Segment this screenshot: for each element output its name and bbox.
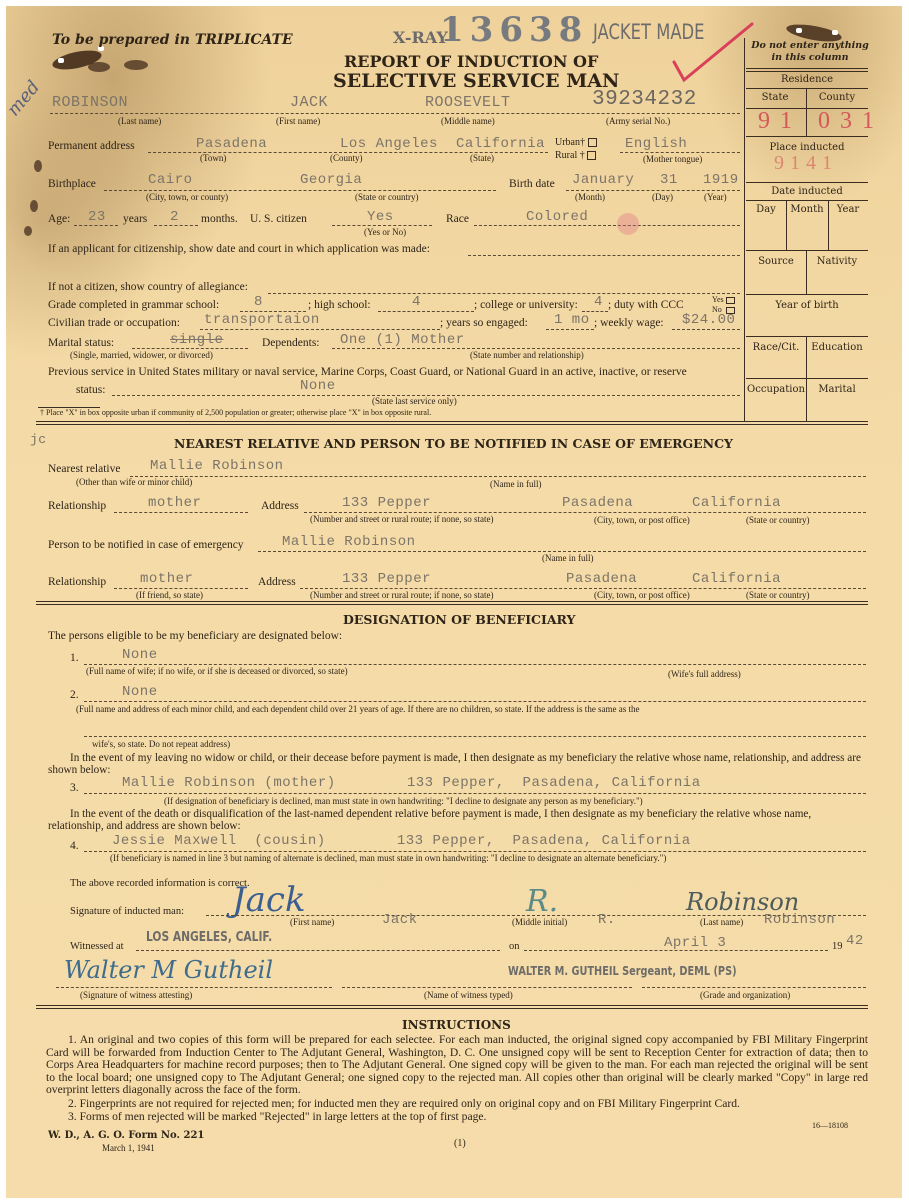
previous-service-label: Previous service in United States milita… [48,366,687,378]
street2-sublabel: (Number and street or rural route; if no… [310,590,493,600]
race-line [474,225,740,226]
relative-city-value: Pasadena [562,495,633,511]
weekly-wage-label: ; weekly wage: [594,317,664,329]
residence-header: Residence [746,74,868,85]
birth-day-label: (Day) [652,192,673,202]
grammar-school-label: Grade completed in grammar school: [48,299,219,311]
birth-day-value: 31 [660,172,678,188]
line2-rule [84,701,866,702]
wife-value: None [122,647,158,663]
residence-county-header: County [806,92,868,103]
burn-mark [124,60,148,70]
citizen-line [332,225,432,226]
punch-hole [796,28,802,33]
grade-sublabel: (Grade and organization) [700,990,790,1000]
typed-middle-initial: R. [598,912,616,928]
middle-name-value: ROOSEVELT [425,94,511,111]
emergency-name-sublabel: (Name in full) [542,553,593,563]
birth-city-value: Cairo [148,172,193,188]
form-number: W. D., A. G. O. Form No. 221 [48,1130,204,1141]
beneficiary-value: Mallie Robinson (mother) 133 Pepper, Pas… [122,775,701,791]
year-of-birth-header: Year of birth [746,300,868,311]
line3-rule [84,793,866,794]
clerk-initials: jc [30,432,47,447]
birth-month-value: January [572,172,634,188]
weekly-wage-line [672,329,740,330]
serial-stamp: 13638 [440,10,588,50]
relative-address2-line [300,588,866,589]
burn-mark [24,226,32,236]
relative-state-value: California [692,495,781,511]
relationship-line [114,512,248,513]
birth-state-label: (State or country) [355,192,418,202]
residence-codes: 91 031 [758,108,884,135]
signature-first-name: Jack [232,880,306,920]
side-rule [746,88,868,89]
line4-number: 4. [70,840,79,852]
beneficiary-intro: The persons eligible to be my beneficiar… [48,630,342,642]
service-status-label: status: [76,384,105,396]
burn-mark [88,62,110,72]
ccc-yes-option[interactable]: Yes [712,295,735,304]
nearest-relative-value: Mallie Robinson [150,458,284,474]
relative-address-line [304,512,866,513]
side-rule [828,200,829,250]
side-rule [746,182,868,183]
side-rule [746,136,868,137]
signature-label: Signature of inducted man: [70,906,184,917]
county-label: (County) [330,153,363,163]
line2-sublabel: (Full name and address of each minor chi… [76,704,640,714]
marital-line [132,348,248,349]
relative-state2-value: California [692,571,781,587]
title-line1: REPORT OF INDUCTION OF [344,52,598,71]
race-value: Colored [526,209,588,225]
mother-tongue-label: (Mother tongue) [643,154,702,164]
dependents-line [332,348,740,349]
birth-city-label: (City, town, or county) [146,192,228,202]
birth-year-value: 1919 [703,172,739,188]
mother-tongue-value: English [625,136,687,152]
side-rule [806,250,807,294]
urban-rural-footnote: † Place "X" in box opposite urban if com… [40,408,431,417]
emergency-contact-value: Mallie Robinson [282,534,416,550]
age-months-line [154,225,198,226]
age-years-value: 23 [88,209,106,225]
side-rule [746,378,868,379]
county-value: Los Angeles [340,136,438,152]
signature-middle-initial: R. [526,884,558,919]
previous-service-value: None [300,378,336,394]
section-divider [36,601,868,605]
weekly-wage-value: $24.00 [682,312,735,328]
witness-signature: Walter M Gutheil [64,956,273,984]
relative-section-title: NEAREST RELATIVE AND PERSON TO BE NOTIFI… [174,436,733,451]
page-number: (1) [454,1138,466,1149]
years-engaged-line [546,329,594,330]
college-value: 4 [594,294,603,310]
college-label: ; college or university: [474,299,578,311]
line2-sublabel-cont: wife's, so state. Do not repeat address) [92,739,230,749]
beneficiary-section-title: DESIGNATION OF BENEFICIARY [343,612,575,627]
sig-last-sublabel: (Last name) [700,917,743,927]
nearest-relative-sublabel: (Other than wife or minor child) [76,477,192,487]
relationship2-label: Relationship [48,576,106,588]
witnessed-line [136,950,500,951]
grammar-school-value: 8 [254,294,263,310]
triplicate-note: To be prepared in TRIPLICATE [52,32,293,48]
side-rule [786,200,787,250]
burn-mark [34,160,42,172]
witness-name-line [342,987,632,988]
date-line [524,950,828,951]
punch-hole [58,58,64,63]
month-header: Month [786,204,828,215]
sig-middle-sublabel: (Middle initial) [512,917,567,927]
relationship-label: Relationship [48,500,106,512]
last-name-label: (Last name) [118,116,161,126]
allegiance-line [268,293,740,294]
place-inducted-code: 9141 [774,152,838,175]
relative-street-value: 133 Pepper [342,495,431,511]
age-label: Age: [48,213,70,225]
relationship2-sublabel: (If friend, so state) [136,590,203,600]
side-rule [806,336,807,422]
section-divider [36,421,868,425]
street-sublabel: (Number and street or rural route; if no… [310,514,493,524]
nearest-relative-label: Nearest relative [48,463,120,475]
state2-sublabel: (State or country) [746,590,809,600]
relationship2-value: mother [140,571,193,587]
year-prefix: 19 [832,941,843,952]
army-serial-value: 39234232 [592,88,697,111]
emergency-contact-line [258,551,866,552]
line4-rule [84,851,866,852]
city-sublabel: (City, town, or post office) [594,515,690,525]
side-column-header: Do not enter anything in this column [750,40,870,64]
state-sublabel: (State or country) [746,515,809,525]
marital-header: Marital [806,384,868,395]
witness-name-sublabel: (Name of witness typed) [424,990,513,1000]
line2b-rule [84,736,866,737]
residence-state-header: State [746,92,804,103]
nativity-header: Nativity [806,256,868,267]
line4-instructions: In the event of the death or disqualific… [48,808,868,832]
relative-street2-value: 133 Pepper [342,571,431,587]
relative-city2-value: Pasadena [566,571,637,587]
service-sublabel: (State last service only) [372,396,457,406]
urban-label: Urban [555,137,580,148]
occupation-header: Occupation [746,384,806,395]
years-engaged-value: 1 mo [554,312,590,328]
typed-last-name: Robinson [764,912,835,928]
alternate-beneficiary-value: Jessie Maxwell (cousin) 133 Pepper, Pasa… [112,833,691,849]
urban-option[interactable]: Urban† [555,137,597,148]
rural-label: Rural [555,150,577,161]
marital-status-value: single [170,332,223,348]
town-label: (Town) [200,153,226,163]
line4-sublabel: (If beneficiary is named in line 3 but n… [110,853,666,863]
witness-sig-line [56,987,332,988]
print-code: 16—18108 [812,1121,848,1130]
year-header: Year [828,204,868,215]
witnessed-at-label: Witnessed at [70,941,124,952]
line1-rule [84,664,866,665]
mother-tongue-line [620,152,740,153]
citizen-value: Yes [367,209,394,225]
first-name-value: JACK [290,94,328,111]
rural-option[interactable]: Rural † [555,150,596,161]
certification-text: The above recorded information is correc… [70,878,250,889]
typed-first-name: Jack [382,912,418,928]
birth-date-line [566,190,740,191]
allegiance-label: If not a citizen, show country of allegi… [48,281,248,293]
red-checkmark-icon [660,18,760,84]
urban-checkbox[interactable] [588,138,597,147]
education-header: Education [806,342,868,353]
occupation-line [200,329,440,330]
birth-year-label: (Year) [704,192,727,202]
grade-line [642,987,866,988]
instructions-title: INSTRUCTIONS [402,1018,511,1032]
ccc-yes-checkbox[interactable] [726,297,735,304]
dependents-sublabel: (State number and relationship) [470,350,584,360]
age-months-value: 2 [170,209,179,225]
line2-number: 2. [70,689,79,701]
citizenship-applicant-label: If an applicant for citizenship, show da… [48,243,430,255]
occupation-label: Civilian trade or occupation: [48,317,180,329]
address-label: Address [261,500,299,512]
sig-first-sublabel: (First name) [290,917,334,927]
army-serial-label: (Army serial No.) [606,116,670,126]
marital-status-label: Marital status: [48,337,114,349]
years-engaged-label: ; years so engaged: [440,317,528,329]
form-date: March 1, 1941 [102,1143,155,1153]
pink-stain [617,213,639,235]
day-header: Day [746,204,786,215]
years-label: years [123,213,147,225]
name-line [50,113,740,114]
title-line2: SELECTIVE SERVICE MAN [333,70,619,92]
burn-mark [30,200,38,212]
line1-sublabel: (Full name of wife; if no wife, or if sh… [86,666,348,676]
dependents-label: Dependents: [262,337,319,349]
side-rule [746,294,868,295]
instruction-item-1: 1. An original and two copies of this fo… [46,1034,868,1097]
age-years-line [74,225,118,226]
occupation-value: transportaion [204,312,320,328]
side-rule [746,336,868,337]
source-header: Source [746,256,806,267]
punch-hole [832,30,838,35]
marital-sublabel: (Single, married, widower, or divorced) [70,350,213,360]
birthplace-label: Birthplace [48,178,96,190]
middle-name-label: (Middle name) [441,116,495,126]
side-rule [746,68,868,72]
city2-sublabel: (City, town, or post office) [594,590,690,600]
permanent-address-label: Permanent address [48,140,135,152]
birthplace-line [104,190,496,191]
address2-label: Address [258,576,296,588]
dependents-value: One (1) Mother [340,332,465,348]
high-school-line [378,311,474,312]
on-label: on [509,941,520,952]
high-school-label: ; high school: [308,299,371,311]
section-divider [36,1005,868,1009]
line3-number: 3. [70,782,79,794]
citizenship-applicant-line [468,255,740,256]
emergency-contact-label: Person to be notified in case of emergen… [48,539,244,551]
witness-year-value: 42 [846,933,864,949]
line1-number: 1. [70,652,79,664]
name-in-full-label: (Name in full) [490,479,541,489]
ccc-yes-label: Yes [712,295,724,304]
high-school-value: 4 [412,294,421,310]
months-label: months. [201,213,238,225]
side-column-border [744,38,745,422]
line3-sublabel: (If designation of beneficiary is declin… [164,796,643,806]
side-rule [746,250,868,251]
last-name-value: ROBINSON [52,94,128,111]
rural-checkbox[interactable] [587,151,596,160]
instruction-item-2: 2. Fingerprints are not required for rej… [68,1098,740,1111]
children-value: None [122,684,158,700]
line3-instructions: In the event of my leaving no widow or c… [48,752,868,776]
relationship2-line [114,588,248,589]
birth-date-label: Birth date [509,178,555,190]
state-value: California [456,136,545,152]
nearest-relative-line [130,476,866,477]
state-label: (State) [470,153,494,163]
citizen-sublabel: (Yes or No) [364,227,406,237]
race-cit-header: Race/Cit. [746,342,806,353]
wife-address-sublabel: (Wife's full address) [668,669,741,679]
witness-typed-stamp: WALTER M. GUTHEIL Sergeant, DEML (PS) [508,963,737,978]
witness-sig-sublabel: (Signature of witness attesting) [80,990,192,1000]
first-name-label: (First name) [276,116,320,126]
birth-state-value: Georgia [300,172,362,188]
instruction-item-3: 3. Forms of men rejected will be marked … [68,1111,486,1124]
relationship-value: mother [148,495,201,511]
side-rule [746,200,868,201]
witnessed-place-stamp: LOS ANGELES, CALIF. [146,930,272,945]
birth-month-label: (Month) [575,192,605,202]
citizen-label: U. S. citizen [250,213,307,225]
witness-date-value: April 3 [664,935,726,951]
ccc-label: ; duty with CCC [608,299,684,311]
race-label: Race [446,213,469,225]
town-value: Pasadena [196,136,267,152]
date-inducted-header: Date inducted [746,186,868,197]
